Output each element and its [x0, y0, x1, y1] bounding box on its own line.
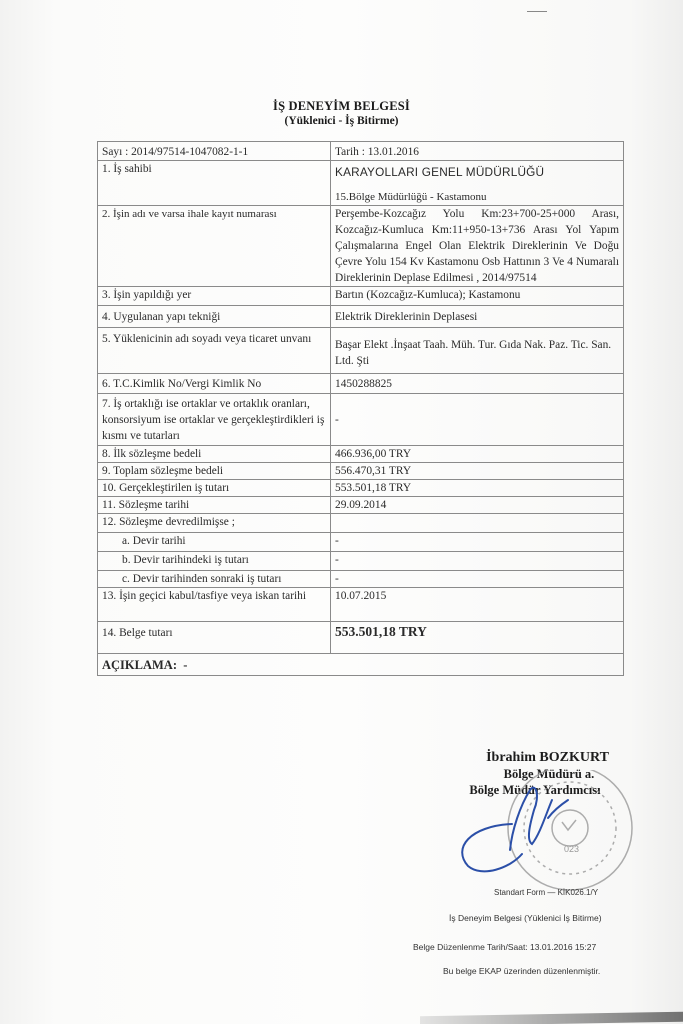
row-label: b. Devir tarihindeki iş tutarı [98, 552, 331, 571]
row-label: 14. Belge tutarı [98, 622, 331, 654]
table-row: 14. Belge tutarı 553.501,18 TRY [98, 622, 624, 654]
scan-edge-shadow [420, 1012, 683, 1024]
official-stamp-and-signature-icon: 023 [450, 770, 650, 900]
table-row: 4. Uygulanan yapı tekniği Elektrik Direk… [98, 306, 624, 328]
row-label: 12. Sözleşme devredilmişse ; [98, 514, 331, 533]
sayi-cell: Sayı : 2014/97514-1047082-1-1 [98, 142, 331, 161]
table-row: 9. Toplam sözleşme bedeli 556.470,31 TRY [98, 463, 624, 480]
table-row: b. Devir tarihindeki iş tutarı - [98, 552, 624, 571]
signatory-name: İbrahim BOZKURT [465, 750, 630, 766]
row-label: 9. Toplam sözleşme bedeli [98, 463, 331, 480]
footer-ekap-note: Bu belge EKAP üzerinden düzenlenmiştir. [443, 966, 600, 976]
table-row: 2. İşin adı ve varsa ihale kayıt numaras… [98, 206, 624, 287]
tarih-cell: Tarih : 13.01.2016 [331, 142, 624, 161]
table-row: 1. İş sahibi KARAYOLLARI GENEL MÜDÜRLÜĞÜ… [98, 161, 624, 206]
row-label: 4. Uygulanan yapı tekniği [98, 306, 331, 328]
row-value: - [331, 394, 624, 446]
form-code: Standart Form — KİK026.1/Y [494, 888, 598, 897]
table-row: 7. İş ortaklığı ise ortaklar ve ortaklık… [98, 394, 624, 446]
row-value: 29.09.2014 [331, 497, 624, 514]
table-row: 8. İlk sözleşme bedeli 466.936,00 TRY [98, 446, 624, 463]
row-label: 3. İşin yapıldığı yer [98, 287, 331, 306]
employer-name: KARAYOLLARI GENEL MÜDÜRLÜĞÜ [335, 164, 619, 180]
row-value: Başar Elekt .İnşaat Taah. Müh. Tur. Gıda… [331, 328, 624, 374]
row-label: 5. Yüklenicinin adı soyadı veya ticaret … [98, 328, 331, 374]
row-value: 556.470,31 TRY [331, 463, 624, 480]
table-row: 3. İşin yapıldığı yer Bartın (Kozcağız-K… [98, 287, 624, 306]
row-value: - [331, 533, 624, 552]
row-label: a. Devir tarihi [98, 533, 331, 552]
row-value: 1450288825 [331, 374, 624, 394]
row-value: - [331, 552, 624, 571]
row-label: 10. Gerçekleştirilen iş tutarı [98, 480, 331, 497]
row-label: 11. Sözleşme tarihi [98, 497, 331, 514]
row-label: 1. İş sahibi [98, 161, 331, 206]
row-label: 2. İşin adı ve varsa ihale kayıt numaras… [98, 206, 331, 287]
table-row: a. Devir tarihi - [98, 533, 624, 552]
scan-mark [527, 11, 547, 12]
table-row: 13. İşin geçici kabul/tasfiye veya iskan… [98, 588, 624, 622]
table-row: 11. Sözleşme tarihi 29.09.2014 [98, 497, 624, 514]
table-row: 12. Sözleşme devredilmişse ; [98, 514, 624, 533]
employer-unit: 15.Bölge Müdürlüğü - Kastamonu [335, 189, 619, 205]
row-label: 7. İş ortaklığı ise ortaklar ve ortaklık… [98, 394, 331, 446]
document-title: İŞ DENEYİM BELGESİ [0, 99, 683, 114]
aciklama: AÇIKLAMA: - [98, 654, 624, 676]
footer-issue-datetime: Belge Düzenlenme Tarih/Saat: 13.01.2016 … [413, 942, 596, 952]
document-amount: 553.501,18 TRY [331, 622, 624, 654]
row-value: 553.501,18 TRY [331, 480, 624, 497]
table-row: 10. Gerçekleştirilen iş tutarı 553.501,1… [98, 480, 624, 497]
row-value: Perşembe-Kozcağız Yolu Km:23+700-25+000 … [331, 206, 624, 287]
row-value: 466.936,00 TRY [331, 446, 624, 463]
table-row: AÇIKLAMA: - [98, 654, 624, 676]
row-label: c. Devir tarihinden sonraki iş tutarı [98, 571, 331, 588]
stamp-number: 023 [564, 844, 579, 854]
row-value: 10.07.2015 [331, 588, 624, 622]
table-row: Sayı : 2014/97514-1047082-1-1 Tarih : 13… [98, 142, 624, 161]
certificate-table: Sayı : 2014/97514-1047082-1-1 Tarih : 13… [97, 141, 624, 676]
row-label: 13. İşin geçici kabul/tasfiye veya iskan… [98, 588, 331, 622]
row-value: Elektrik Direklerinin Deplasesi [331, 306, 624, 328]
row-label: 6. T.C.Kimlik No/Vergi Kimlik No [98, 374, 331, 394]
scanned-page: İŞ DENEYİM BELGESİ (Yüklenici - İş Bitir… [0, 0, 683, 1024]
table-row: c. Devir tarihinden sonraki iş tutarı - [98, 571, 624, 588]
row-value [331, 514, 624, 533]
table-row: 5. Yüklenicinin adı soyadı veya ticaret … [98, 328, 624, 374]
row-label: 8. İlk sözleşme bedeli [98, 446, 331, 463]
row-value: KARAYOLLARI GENEL MÜDÜRLÜĞÜ 15.Bölge Müd… [331, 161, 624, 206]
table-row: 6. T.C.Kimlik No/Vergi Kimlik No 1450288… [98, 374, 624, 394]
footer-doc-type: İş Deneyim Belgesi (Yüklenici İş Bitirme… [449, 913, 602, 923]
row-value: Bartın (Kozcağız-Kumluca); Kastamonu [331, 287, 624, 306]
document-subtitle: (Yüklenici - İş Bitirme) [0, 115, 683, 127]
row-value: - [331, 571, 624, 588]
